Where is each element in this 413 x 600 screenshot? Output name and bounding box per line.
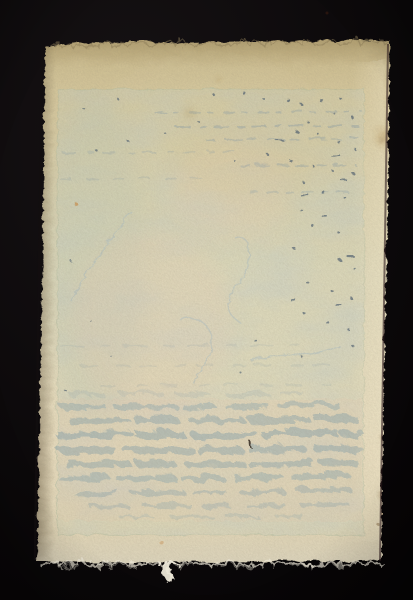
- photo-woodblock-print-verso: Back of an original Japanese woodblock p…: [0, 0, 413, 600]
- photo-vignette: [0, 0, 413, 600]
- scene-svg: Back of an original Japanese woodblock p…: [0, 0, 413, 600]
